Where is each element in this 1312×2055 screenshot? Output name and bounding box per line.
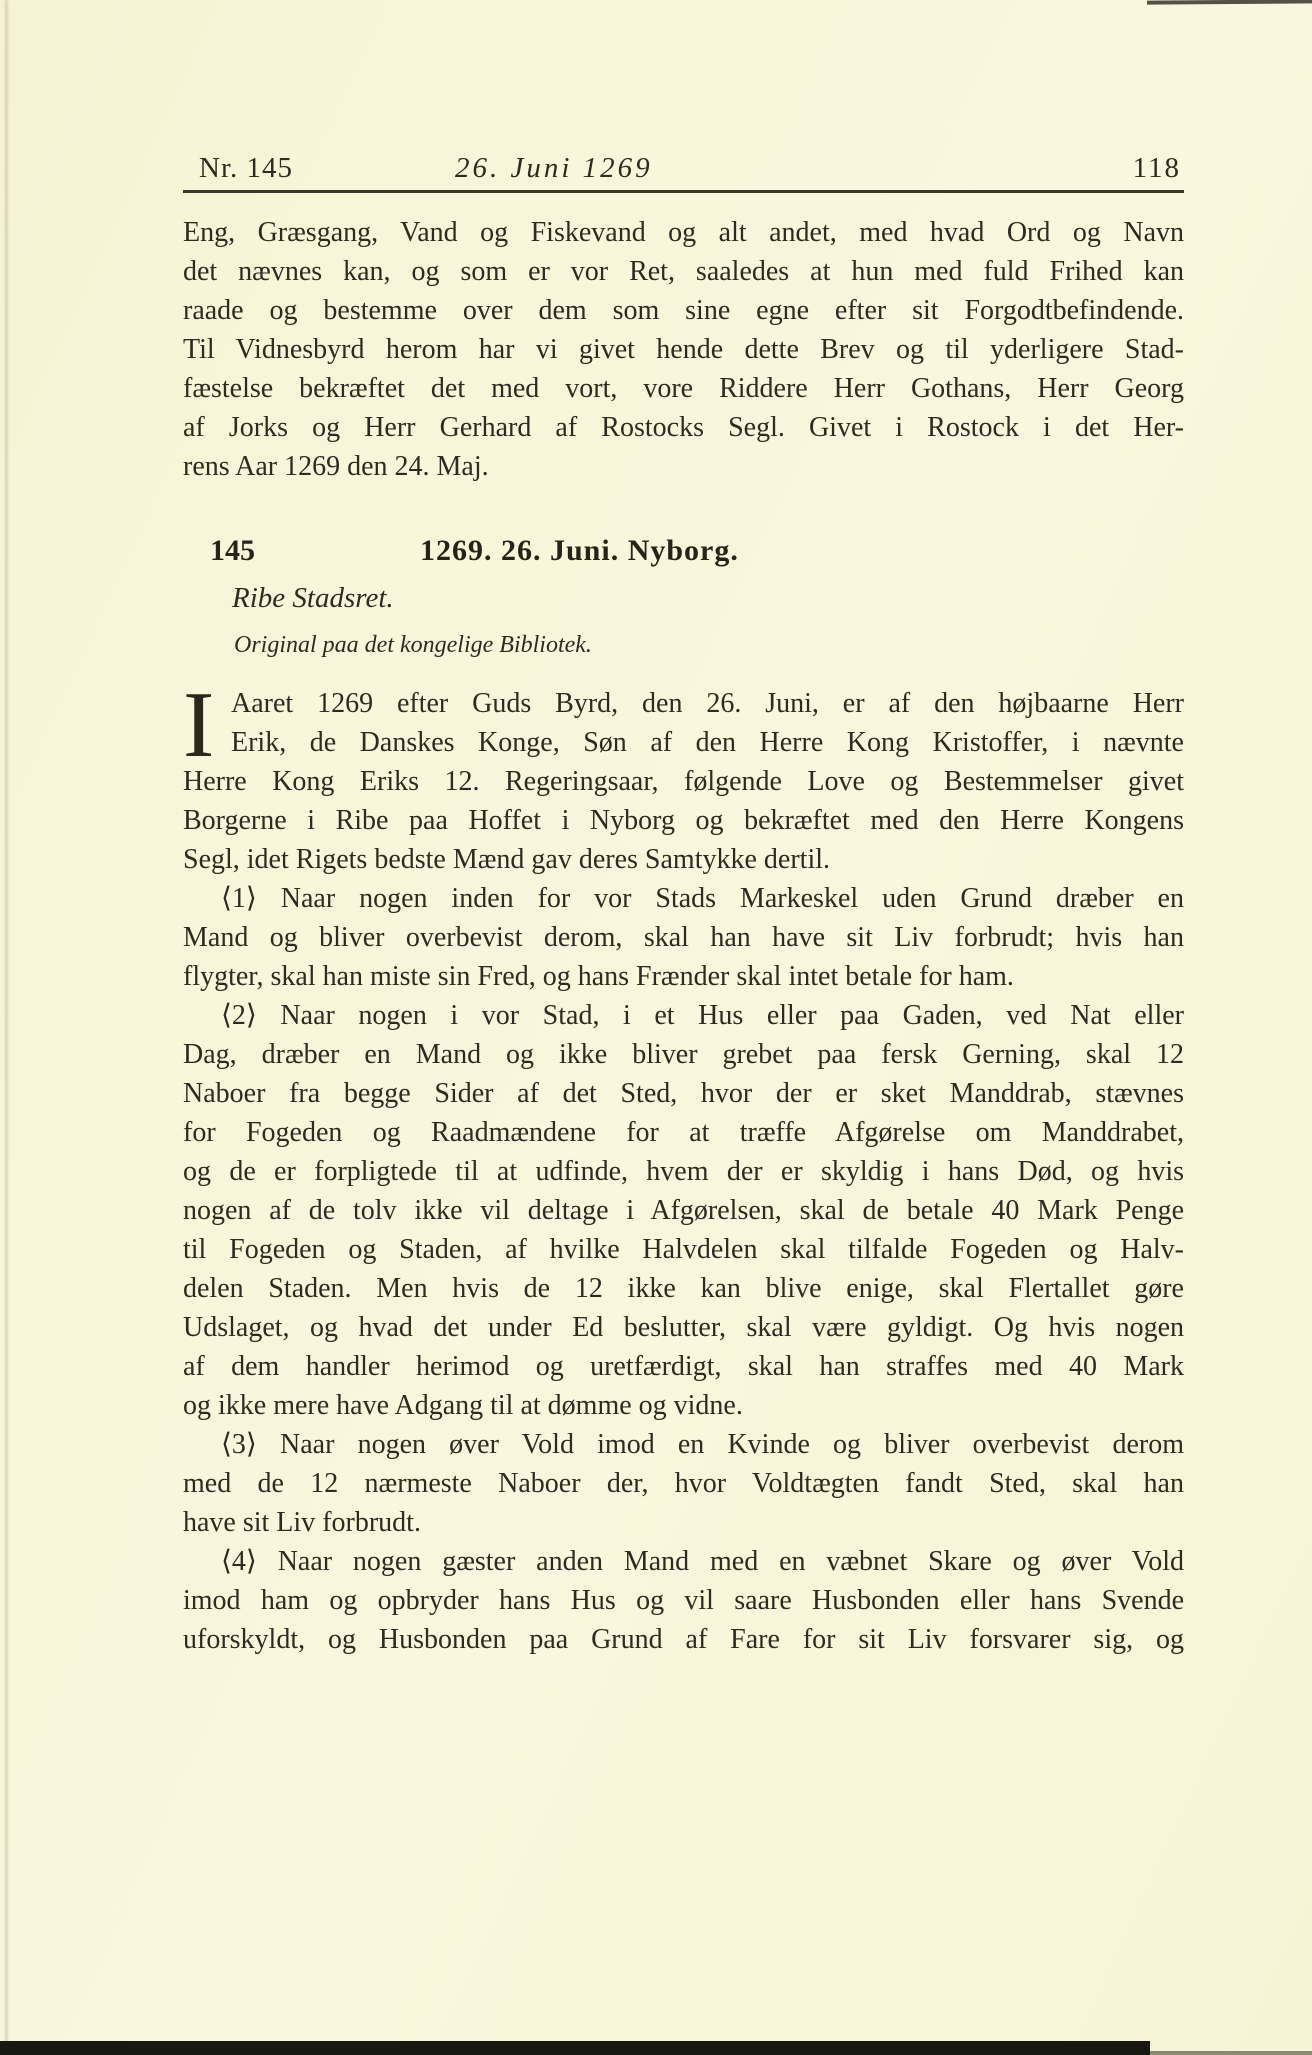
text-line: af Jorks og Herr Gerhard af Rostocks Seg… bbox=[183, 408, 1184, 447]
text-line: til Fogeden og Staden, af hvilke Halvdel… bbox=[183, 1230, 1184, 1269]
text-line: fæstelse bekræftet det med vort, vore Ri… bbox=[183, 369, 1184, 408]
entry-title: 1269. 26. Juni. Nyborg. bbox=[420, 531, 739, 571]
text-line: nogen af de tolv ikke vil deltage i Afgø… bbox=[183, 1191, 1184, 1230]
scan-artifact-top-right bbox=[1147, 0, 1312, 5]
entry-source-note: Original paa det kongelige Bibliotek. bbox=[234, 630, 592, 660]
scan-crease-left bbox=[5, 0, 8, 2055]
text-line: Aaret 1269 efter Guds Byrd, den 26. Juni… bbox=[183, 684, 1184, 723]
text-line: Udslaget, og hvad det under Ed beslutter… bbox=[183, 1308, 1184, 1347]
text-line: raade og bestemme over dem som sine egne… bbox=[183, 291, 1184, 330]
text-line: delen Staden. Men hvis de 12 ikke kan bl… bbox=[183, 1269, 1184, 1308]
scan-artifact-bottom-bar bbox=[0, 2041, 1150, 2055]
text-line: Borgerne i Ribe paa Hoffet i Nyborg og b… bbox=[183, 801, 1184, 840]
text-line: Dag, dræber en Mand og ikke bliver grebe… bbox=[183, 1035, 1184, 1074]
body-paragraph: ⟨4⟩ Naar nogen gæster anden Mand med en … bbox=[183, 1542, 1184, 1659]
scan-artifact-bottom-right bbox=[1150, 2051, 1312, 2055]
entry-number: 145 bbox=[210, 531, 255, 571]
page-number: 118 bbox=[1133, 150, 1181, 186]
text-line: Til Vidnesbyrd herom har vi givet hende … bbox=[183, 330, 1184, 369]
drop-cap: I bbox=[183, 689, 214, 761]
text-line: rens Aar 1269 den 24. Maj. bbox=[183, 447, 1184, 486]
text-line: for Fogeden og Raadmændene for at træffe… bbox=[183, 1113, 1184, 1152]
text-line: med de 12 nærmeste Naboer der, hvor Vold… bbox=[183, 1464, 1184, 1503]
body-paragraph: IAaret 1269 efter Guds Byrd, den 26. Jun… bbox=[183, 684, 1184, 879]
text-line: og ikke mere have Adgang til at dømme og… bbox=[183, 1386, 1184, 1425]
body-paragraph: ⟨1⟩ Naar nogen inden for vor Stads Marke… bbox=[183, 879, 1184, 996]
continuation-paragraph: Eng, Græsgang, Vand og Fiskevand og alt … bbox=[183, 213, 1184, 486]
body-paragraph: ⟨3⟩ Naar nogen øver Vold imod en Kvinde … bbox=[183, 1425, 1184, 1542]
text-line: Segl, idet Rigets bedste Mænd gav deres … bbox=[183, 840, 1184, 879]
entry-body: IAaret 1269 efter Guds Byrd, den 26. Jun… bbox=[183, 684, 1184, 1659]
running-head-document-number: Nr. 145 bbox=[199, 150, 293, 186]
text-line: ⟨3⟩ Naar nogen øver Vold imod en Kvinde … bbox=[183, 1425, 1184, 1464]
text-line: ⟨1⟩ Naar nogen inden for vor Stads Marke… bbox=[183, 879, 1184, 918]
header-rule bbox=[183, 190, 1184, 193]
text-line: Herre Kong Eriks 12. Regeringsaar, følge… bbox=[183, 762, 1184, 801]
entry-heading: 145 1269. 26. Juni. Nyborg. bbox=[183, 531, 1184, 571]
running-head: Nr. 145 26. Juni 1269 118 bbox=[183, 150, 1183, 186]
running-head-date: 26. Juni 1269 bbox=[455, 150, 653, 186]
text-line: ⟨2⟩ Naar nogen i vor Stad, i et Hus elle… bbox=[183, 996, 1184, 1035]
text-line: flygter, skal han miste sin Fred, og han… bbox=[183, 957, 1184, 996]
text-line: uforskyldt, og Husbonden paa Grund af Fa… bbox=[183, 1620, 1184, 1659]
text-line: og de er forpligtede til at udfinde, hve… bbox=[183, 1152, 1184, 1191]
text-line: imod ham og opbryder hans Hus og vil saa… bbox=[183, 1581, 1184, 1620]
book-page: Nr. 145 26. Juni 1269 118 Eng, Græsgang,… bbox=[0, 0, 1312, 2055]
text-line: Naboer fra begge Sider af det Sted, hvor… bbox=[183, 1074, 1184, 1113]
entry-subtitle: Ribe Stadsret. bbox=[232, 580, 394, 616]
text-line: have sit Liv forbrudt. bbox=[183, 1503, 1184, 1542]
text-line: Eng, Græsgang, Vand og Fiskevand og alt … bbox=[183, 213, 1184, 252]
text-line: af dem handler herimod og uretfærdigt, s… bbox=[183, 1347, 1184, 1386]
text-line: det nævnes kan, og som er vor Ret, saale… bbox=[183, 252, 1184, 291]
text-line: ⟨4⟩ Naar nogen gæster anden Mand med en … bbox=[183, 1542, 1184, 1581]
body-paragraph: ⟨2⟩ Naar nogen i vor Stad, i et Hus elle… bbox=[183, 996, 1184, 1425]
text-line: Mand og bliver overbevist derom, skal ha… bbox=[183, 918, 1184, 957]
text-line: Erik, de Danskes Konge, Søn af den Herre… bbox=[183, 723, 1184, 762]
